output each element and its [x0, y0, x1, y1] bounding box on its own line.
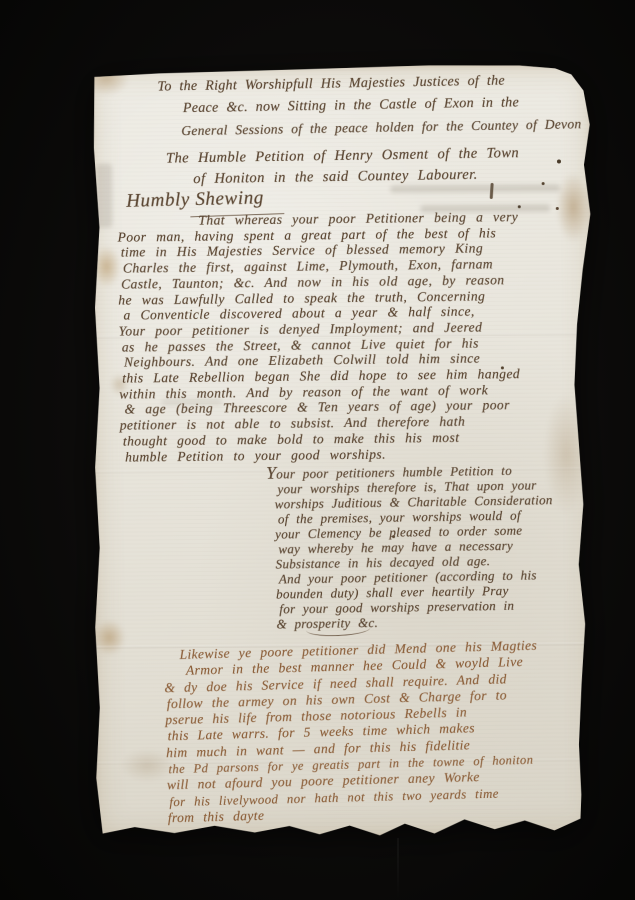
petition-body-block: That whereas your poor Petitioner being …	[120, 208, 593, 465]
background-seam	[397, 838, 399, 900]
salutation-heading: Humbly Shewing	[126, 187, 264, 212]
foxing-stain	[93, 620, 125, 656]
manuscript-page-wrap: To the Right Worshipfull His Majesties J…	[89, 64, 596, 839]
postscript-block: Likewise ye poore petitioner did Mend on…	[165, 636, 610, 827]
prayer-block: Your poor petitioners humble Petition to…	[274, 460, 597, 631]
photo-background: To the Right Worshipfull His Majesties J…	[0, 0, 635, 900]
foxing-stain	[93, 246, 121, 288]
manuscript-page: To the Right Worshipfull His Majesties J…	[89, 64, 596, 839]
pen-flourish	[306, 627, 370, 638]
petition-title-block: The Humble Petition of Henry Osment of t…	[90, 142, 593, 192]
ink-specks	[89, 68, 91, 70]
address-block: To the Right Worshipfull His Majesties J…	[89, 69, 592, 144]
